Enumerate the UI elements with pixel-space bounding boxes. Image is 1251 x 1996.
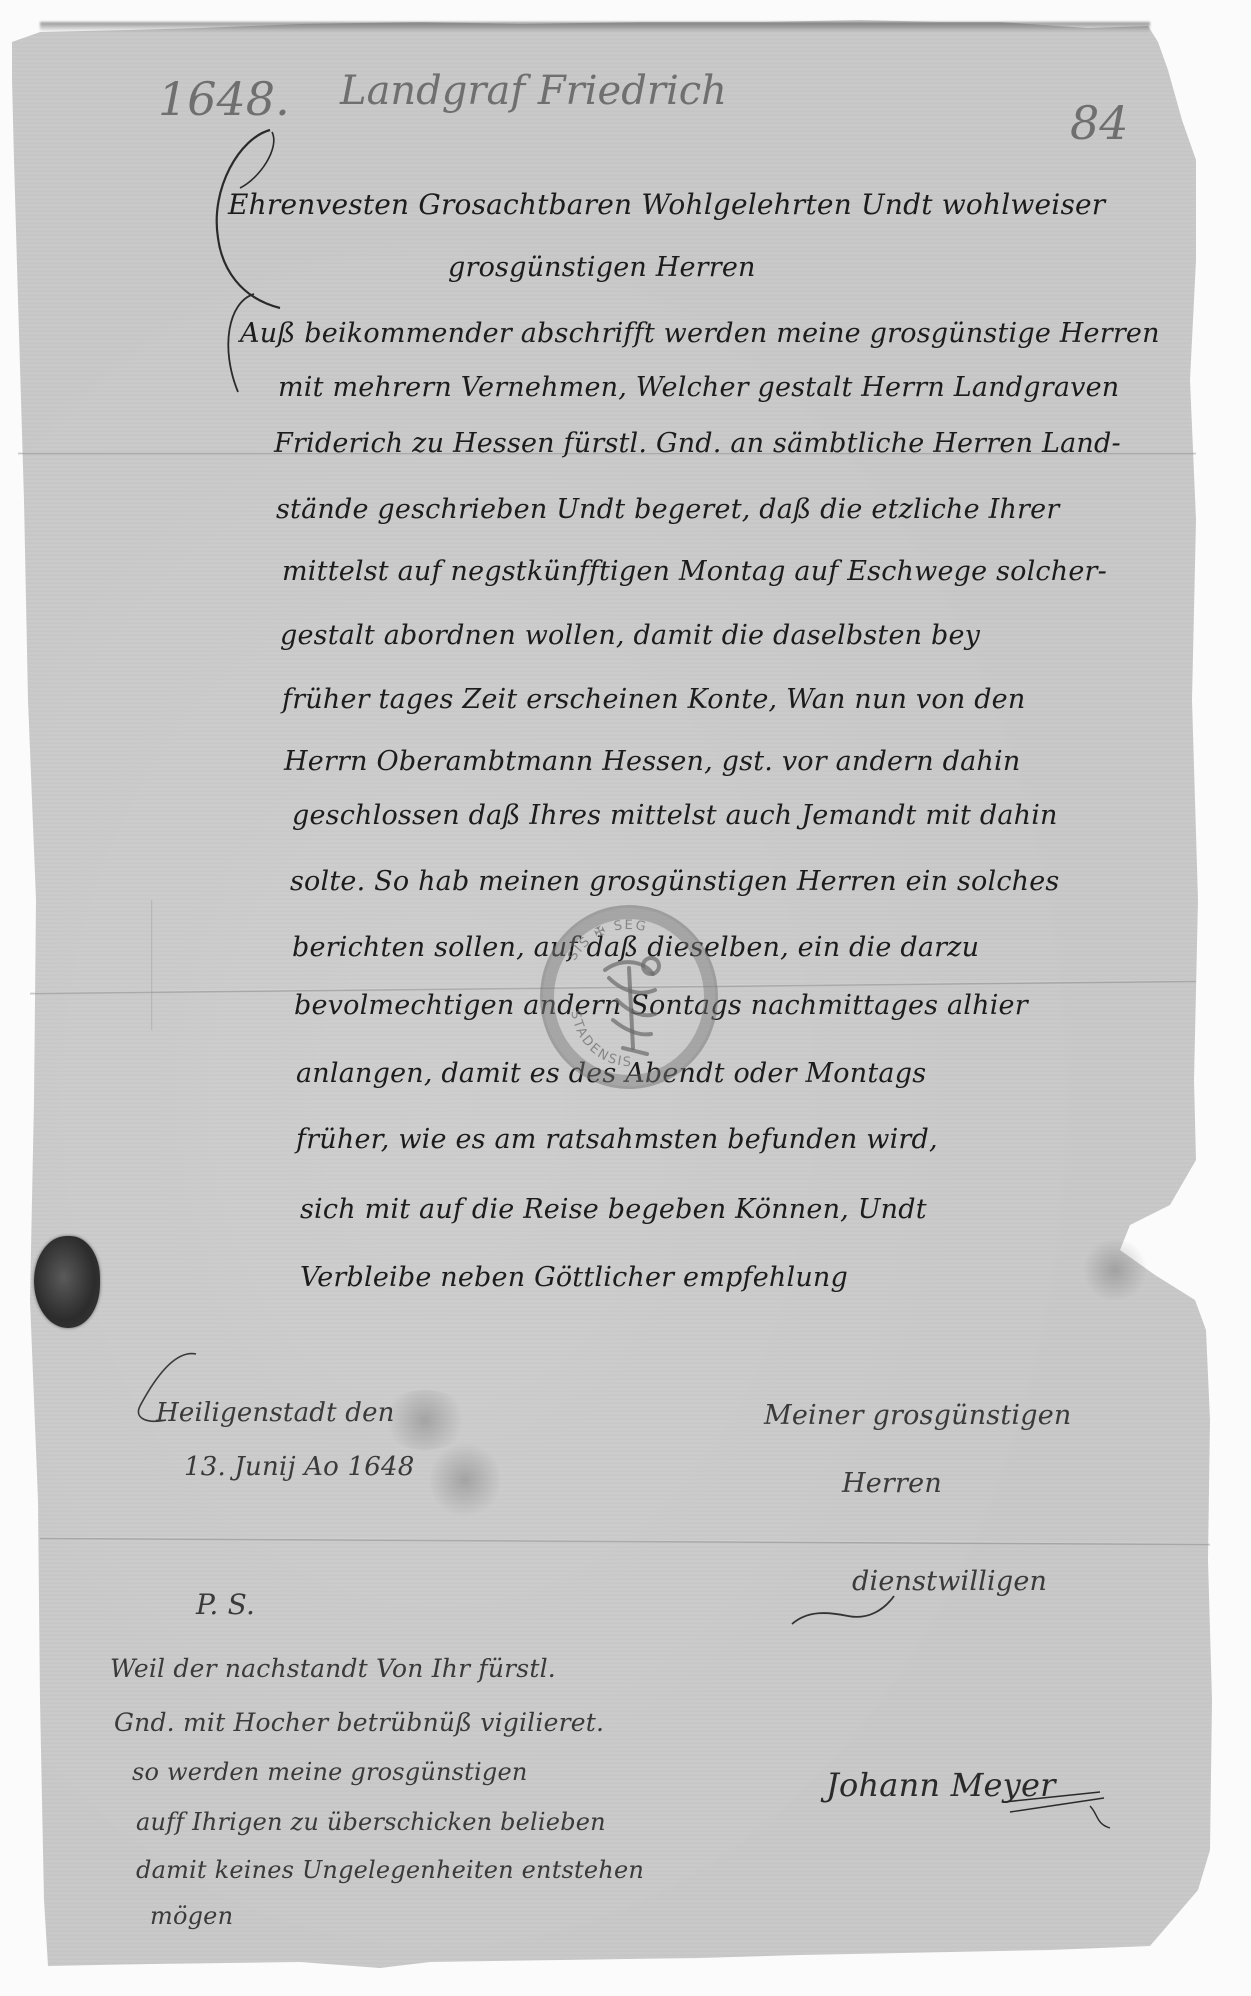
stain [430,1440,500,1520]
svg-text:SIS ✠ SEG: SIS ✠ SEG [565,918,649,964]
postscript-marker: P. S. [196,1588,255,1621]
closing-line-2: Herren [842,1468,942,1499]
body-line: Auß beikommender abschrifft werden meine… [240,318,1160,349]
stamp-legend-top: SIS ✠ SEG [565,918,649,964]
dateline-date: 13. Junij Ao 1648 [184,1452,414,1482]
signature-flourish-icon [1000,1784,1120,1834]
postscript-line: Gnd. mit Hocher betrübnüß vigilieret. [114,1708,604,1737]
salutation-line-1: Ehrenvesten Grosachtbaren Wohlgelehrten … [228,188,1105,221]
vertical-fold [150,900,153,1030]
body-line: früher, wie es am ratsahmsten befunden w… [296,1124,938,1155]
lion-rampant-icon [605,958,659,1054]
body-line: solte. So hab meinen grosgünstigen Herre… [290,866,1060,897]
postscript-line: auff Ihrigen zu überschicken belieben [136,1808,606,1836]
svg-text:STADENSIS: STADENSIS [567,1009,633,1070]
archive-annotation-subject: Landgraf Friedrich [340,68,727,114]
body-line: Friderich zu Hessen fürstl. Gnd. an sämb… [274,428,1121,459]
body-line: mittelst auf negstkünfftigen Montag auf … [282,556,1107,587]
dateline-initial-swash-icon [126,1346,206,1446]
body-line: Herrn Oberambtmann Hessen, gst. vor ande… [284,746,1020,777]
postscript-line: mögen [150,1902,233,1930]
salutation-line-2: grosgünstigen Herren [448,252,756,283]
postscript-line: damit keines Ungelegenheiten entstehen [136,1856,644,1884]
closing-line-1: Meiner grosgünstigen [764,1400,1071,1431]
postscript-line: so werden meine grosgünstigen [132,1758,528,1786]
body-line: früher tages Zeit erscheinen Konte, Wan … [282,684,1025,715]
dateline-place: Heiligenstadt den [156,1398,395,1428]
body-line: stände geschrieben Undt begeret, daß die… [276,494,1059,525]
stamp-legend-bottom: STADENSIS [567,1009,633,1070]
body-line: geschlossen daß Ihres mittelst auch Jema… [292,800,1058,831]
body-line: Verbleibe neben Göttlicher empfehlung [300,1262,848,1293]
postscript-line: Weil der nachstandt Von Ihr fürstl. [110,1654,556,1683]
closing-flourish-icon [788,1590,898,1630]
torn-top-edge [40,22,1150,32]
folio-number: 84 [1070,96,1129,150]
body-line: mit mehrern Vernehmen, Welcher gestalt H… [278,372,1119,403]
wax-seal-remnant [34,1236,100,1328]
stain [1080,1240,1150,1300]
body-line: sich mit auf die Reise begeben Können, U… [300,1194,927,1225]
body-line: gestalt abordnen wollen, damit die dasel… [280,620,980,651]
archive-stamp: SIS ✠ SEG STADENSIS [540,905,718,1089]
